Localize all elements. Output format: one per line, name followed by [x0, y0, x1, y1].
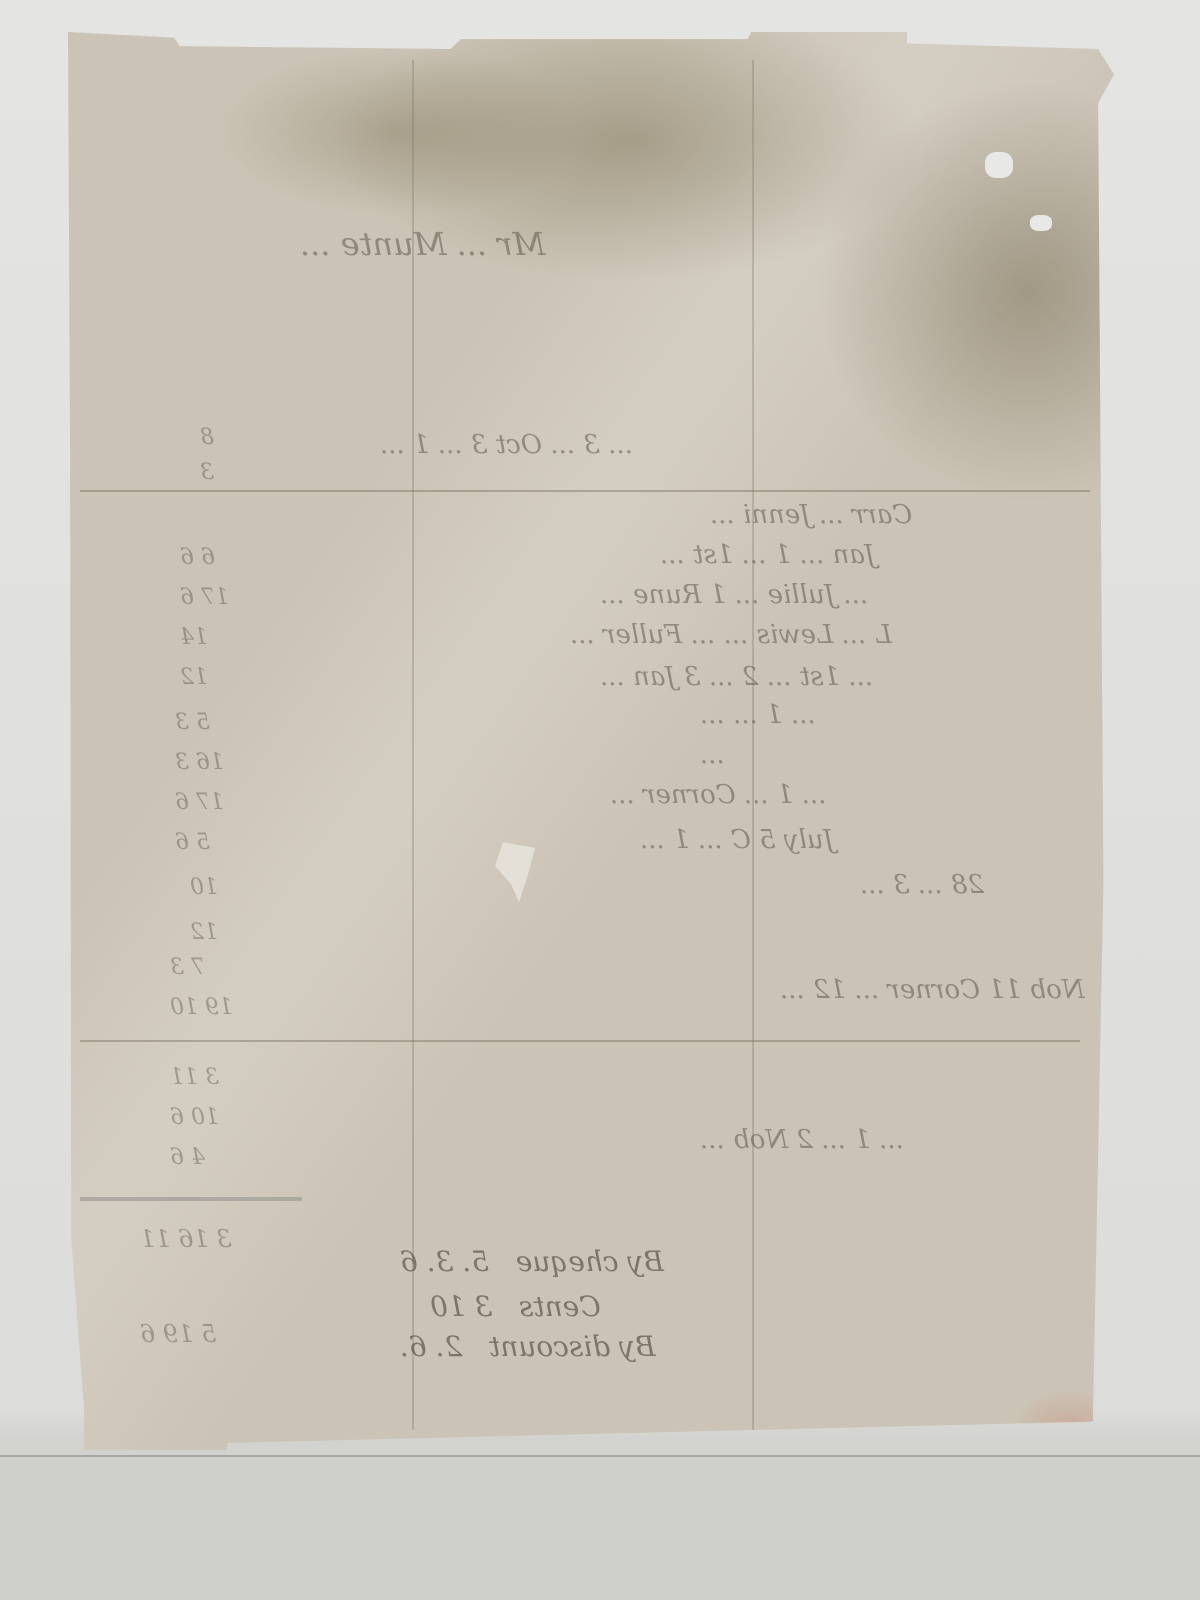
amount: 12: [180, 665, 208, 690]
summary-label: By cheque: [516, 1245, 664, 1278]
entry-line: Carr ... Jenni ...: [710, 500, 912, 530]
entry-line: July 5 C ... 1 ...: [640, 825, 834, 855]
fold-line-right: [752, 60, 754, 1430]
amount: 6 6: [180, 545, 215, 570]
floor-surface: [0, 1457, 1200, 1600]
ruled-total-line: [80, 1197, 302, 1201]
entry-line: ... 1 ... Corner ...: [610, 780, 827, 810]
entry-line: Nob 11 Corner ... 12 ...: [780, 975, 1085, 1005]
entry-line: Jan ... 1 ... 1st ...: [660, 540, 875, 570]
summary-label: Cents: [519, 1290, 601, 1323]
amount: 7 3: [170, 955, 205, 980]
wall-edge: [0, 1455, 1200, 1457]
amount: 17 6: [180, 585, 229, 610]
summary-label: By discount: [489, 1330, 655, 1363]
summary-line-cheque: By cheque 5. 3. 6: [400, 1245, 664, 1278]
amount: 5 6: [175, 830, 210, 855]
amount: 8: [200, 425, 214, 450]
summary-amount: 3 10: [430, 1290, 492, 1323]
summary-line-discount: By discount 2. 6.: [400, 1330, 655, 1363]
entry-line: ... 1st ... 2 ... 3 Jan ...: [600, 662, 873, 692]
amount: 16 3: [175, 750, 224, 775]
subtotal: 3 16 11: [140, 1225, 232, 1253]
entry-line: 28 ... 3 ...: [860, 870, 984, 900]
total: 5 19 6: [140, 1320, 216, 1348]
amount: 10 6: [170, 1105, 219, 1130]
amount: 19 10: [170, 995, 233, 1020]
fold-line-lower: [80, 1040, 1080, 1042]
amount: 3: [200, 460, 214, 485]
amount: 12: [190, 920, 218, 945]
amount: 10: [190, 875, 218, 900]
amount: 17 6: [175, 790, 224, 815]
heading-text: Mr ... Munte ...: [300, 225, 545, 263]
amount: 3 11: [170, 1065, 219, 1090]
entry-line: ...: [700, 740, 725, 770]
summary-amount: 2. 6.: [400, 1330, 462, 1363]
paper-hole: [985, 152, 1013, 178]
entry-line: ... Jullie ... 1 Rune ...: [600, 580, 868, 610]
entry-line: ... 1 ... 2 Nob ...: [700, 1125, 904, 1155]
entry-line: ... 1 ... ...: [700, 700, 816, 730]
amount: 5 3: [175, 710, 210, 735]
amount: 4 6: [170, 1145, 205, 1170]
summary-amount: 5. 3. 6: [400, 1245, 489, 1278]
amount: 14: [180, 625, 208, 650]
entry-line: ... 3 ... Oct 3 ... 1 ...: [380, 430, 633, 460]
summary-line-cents: Cents 3 10: [430, 1290, 601, 1323]
entry-line: L ... Lewis ... ... Fuller ...: [570, 620, 892, 650]
fold-line-upper: [80, 490, 1090, 492]
fold-line-left: [412, 60, 414, 1430]
paper-hole: [1030, 215, 1052, 231]
